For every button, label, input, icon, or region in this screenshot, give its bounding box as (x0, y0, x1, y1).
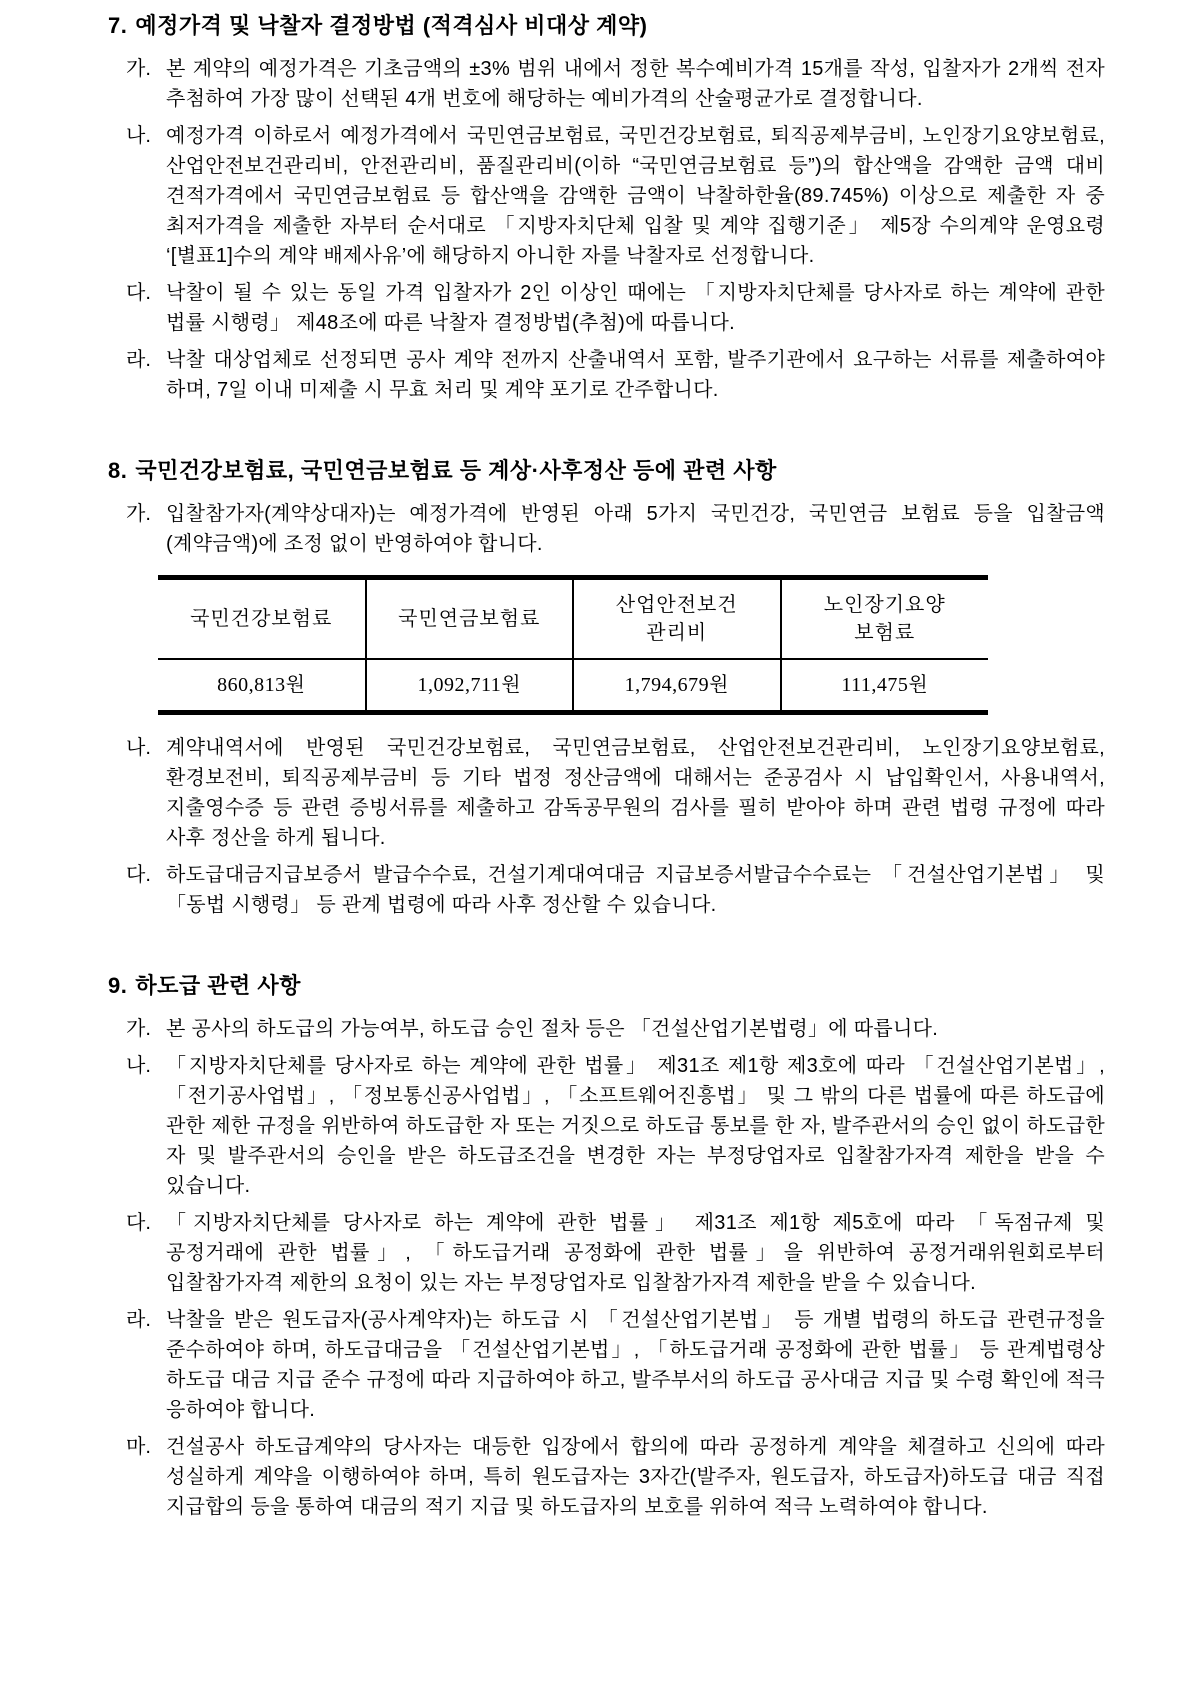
fee-value-longterm-care: 111,475원 (781, 659, 989, 713)
item-label: 나. (126, 121, 166, 151)
section-7-heading: 7.예정가격 및 낙찰자 결정방법 (적격심사 비대상 계약) (108, 10, 1105, 42)
section-7-item-ga: 가. 본 계약의 예정가격은 기초금액의 ±3% 범위 내에서 정한 복수예비가… (108, 54, 1105, 114)
paragraph-text: 낙찰 대상업체로 선정되면 공사 계약 전까지 산출내역서 포함, 발주기관에서… (166, 345, 1105, 405)
paragraph-text: 본 계약의 예정가격은 기초금액의 ±3% 범위 내에서 정한 복수예비가격 1… (166, 54, 1105, 114)
insurance-fee-table: 국민건강보험료 국민연금보험료 산업안전보건 관리비 노인장기요양 보험료 86… (158, 575, 988, 715)
section-9-item-da: 다. 「지방자치단체를 당사자로 하는 계약에 관한 법률」 제31조 제1항 … (108, 1208, 1105, 1298)
section-subcontracting: 9.하도급 관련 사항 가. 본 공사의 하도급의 가능여부, 하도급 승인 절… (108, 970, 1105, 1522)
fee-table-header-safety: 산업안전보건 관리비 (573, 578, 781, 660)
fee-value-safety: 1,794,679원 (573, 659, 781, 713)
fee-table-header-pension: 국민연금보험료 (366, 578, 574, 660)
section-insurance-settlement: 8.국민건강보험료, 국민연금보험료 등 계상·사후정산 등에 관련 사항 가.… (108, 455, 1105, 920)
item-label: 나. (126, 733, 166, 763)
item-label: 가. (126, 1014, 166, 1044)
section-7-item-da: 다. 낙찰이 될 수 있는 동일 가격 입찰자가 2인 이상인 때에는 「지방자… (108, 278, 1105, 338)
section-7-item-na: 나. 예정가격 이하로서 예정가격에서 국민연금보험료, 국민건강보험료, 퇴직… (108, 121, 1105, 271)
section-9-item-ga: 가. 본 공사의 하도급의 가능여부, 하도급 승인 절차 등은 「건설산업기본… (108, 1014, 1105, 1044)
item-label: 다. (126, 278, 166, 308)
section-estimated-price: 7.예정가격 및 낙찰자 결정방법 (적격심사 비대상 계약) 가. 본 계약의… (108, 10, 1105, 405)
paragraph-text: 예정가격 이하로서 예정가격에서 국민연금보험료, 국민건강보험료, 퇴직공제부… (166, 121, 1105, 271)
item-label: 가. (126, 499, 166, 529)
paragraph-text: 낙찰을 받은 원도급자(공사계약자)는 하도급 시 「건설산업기본법」 등 개별… (166, 1305, 1105, 1425)
paragraph-text: 건설공사 하도급계약의 당사자는 대등한 입장에서 합의에 따라 공정하게 계약… (166, 1432, 1105, 1522)
section-8-heading: 8.국민건강보험료, 국민연금보험료 등 계상·사후정산 등에 관련 사항 (108, 455, 1105, 487)
fee-table-header-longterm-care: 노인장기요양 보험료 (781, 578, 989, 660)
section-9-item-na: 나. 「지방자치단체를 당사자로 하는 계약에 관한 법률」 제31조 제1항 … (108, 1051, 1105, 1201)
fee-value-pension: 1,092,711원 (366, 659, 574, 713)
paragraph-text: 계약내역서에 반영된 국민건강보험료, 국민연금보험료, 산업안전보건관리비, … (166, 733, 1105, 853)
section-7-title: 예정가격 및 낙찰자 결정방법 (적격심사 비대상 계약) (135, 13, 647, 38)
section-8-number: 8. (108, 458, 127, 483)
fee-table-header-row: 국민건강보험료 국민연금보험료 산업안전보건 관리비 노인장기요양 보험료 (158, 578, 988, 660)
paragraph-text: 낙찰이 될 수 있는 동일 가격 입찰자가 2인 이상인 때에는 「지방자치단체… (166, 278, 1105, 338)
section-8-item-da: 다. 하도급대금지급보증서 발급수수료, 건설기계대여대금 지급보증서발급수수료… (108, 860, 1105, 920)
section-9-item-ma: 마. 건설공사 하도급계약의 당사자는 대등한 입장에서 합의에 따라 공정하게… (108, 1432, 1105, 1522)
paragraph-text: 하도급대금지급보증서 발급수수료, 건설기계대여대금 지급보증서발급수수료는 「… (166, 860, 1105, 920)
section-9-item-ra: 라. 낙찰을 받은 원도급자(공사계약자)는 하도급 시 「건설산업기본법」 등… (108, 1305, 1105, 1425)
section-8-item-ga: 가. 입찰참가자(계약상대자)는 예정가격에 반영된 아래 5가지 국민건강, … (108, 499, 1105, 559)
fee-table-value-row: 860,813원 1,092,711원 1,794,679원 111,475원 (158, 659, 988, 713)
paragraph-text: 「지방자치단체를 당사자로 하는 계약에 관한 법률」 제31조 제1항 제5호… (166, 1208, 1105, 1298)
item-label: 나. (126, 1051, 166, 1081)
section-7-item-ra: 라. 낙찰 대상업체로 선정되면 공사 계약 전까지 산출내역서 포함, 발주기… (108, 345, 1105, 405)
section-9-title: 하도급 관련 사항 (135, 973, 301, 998)
paragraph-text: 입찰참가자(계약상대자)는 예정가격에 반영된 아래 5가지 국민건강, 국민연… (166, 499, 1105, 559)
item-label: 라. (126, 1305, 166, 1335)
section-9-heading: 9.하도급 관련 사항 (108, 970, 1105, 1002)
item-label: 마. (126, 1432, 166, 1462)
item-label: 가. (126, 54, 166, 84)
item-label: 라. (126, 345, 166, 375)
fee-table-header-health: 국민건강보험료 (158, 578, 366, 660)
item-label: 다. (126, 860, 166, 890)
fee-value-health: 860,813원 (158, 659, 366, 713)
section-7-number: 7. (108, 13, 127, 38)
section-8-title: 국민건강보험료, 국민연금보험료 등 계상·사후정산 등에 관련 사항 (135, 458, 776, 483)
item-label: 다. (126, 1208, 166, 1238)
document-page: { "colors": { "background": "#ffffff", "… (0, 0, 1190, 1682)
paragraph-text: 「지방자치단체를 당사자로 하는 계약에 관한 법률」 제31조 제1항 제3호… (166, 1051, 1105, 1201)
section-9-number: 9. (108, 973, 127, 998)
section-8-item-na: 나. 계약내역서에 반영된 국민건강보험료, 국민연금보험료, 산업안전보건관리… (108, 733, 1105, 853)
paragraph-text: 본 공사의 하도급의 가능여부, 하도급 승인 절차 등은 「건설산업기본법령」… (166, 1014, 1105, 1044)
